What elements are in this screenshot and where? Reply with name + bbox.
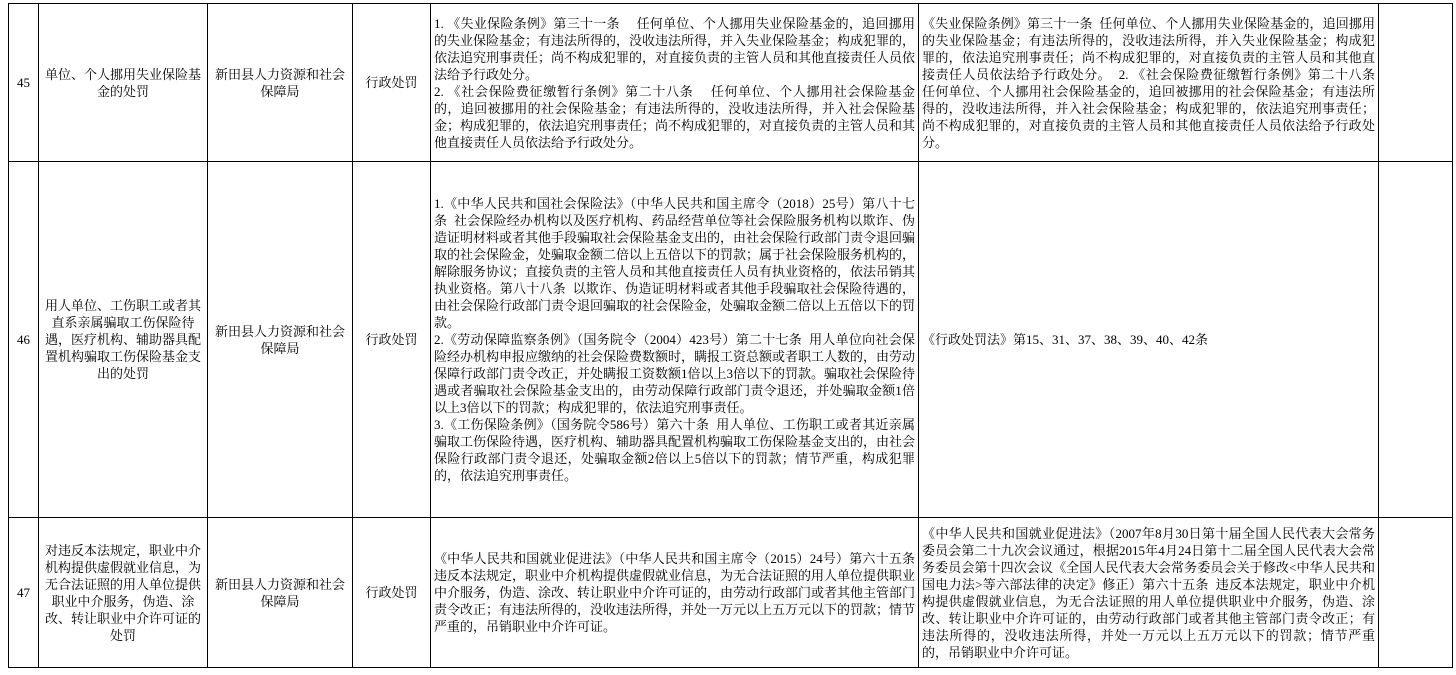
legal-basis-secondary-cell: 《中华人民共和国就业促进法》（2007年8月30日第十届全国人民代表大会常务委员…: [919, 518, 1379, 668]
agency-cell: 新田县人力资源和社会 保障局: [208, 518, 353, 668]
item-name-cell: 单位、个人挪用失业保险基金的处罚: [39, 4, 208, 162]
legal-basis-secondary-cell: 《失业保险条例》第三十一条 任何单位、个人挪用失业保险基金的，追回挪用的失业保险…: [919, 4, 1379, 162]
document-sheet: 45 单位、个人挪用失业保险基金的处罚 新田县人力资源和社会 保障局 行政处罚 …: [0, 0, 1456, 675]
item-name-cell: 对违反本法规定，职业中介机构提供虚假就业信息，为无合法证照的用人单位提供职业中介…: [39, 518, 208, 668]
legal-basis-secondary-cell: 《行政处罚法》第15、31、37、38、39、40、42条: [919, 162, 1379, 518]
penalty-items-table: 45 单位、个人挪用失业保险基金的处罚 新田县人力资源和社会 保障局 行政处罚 …: [8, 3, 1453, 668]
legal-basis-detail-cell: 1. 《失业保险条例》第三十一条 任何单位、个人挪用失业保险基金的，追回挪用的失…: [431, 4, 919, 162]
category-cell: 行政处罚: [353, 162, 431, 518]
table-row: 45 单位、个人挪用失业保险基金的处罚 新田县人力资源和社会 保障局 行政处罚 …: [9, 4, 1453, 162]
row-number-cell: 45: [9, 4, 39, 162]
empty-cell: [1379, 162, 1453, 518]
agency-cell: 新田县人力资源和社会 保障局: [208, 162, 353, 518]
empty-cell: [1379, 518, 1453, 668]
row-number-cell: 47: [9, 518, 39, 668]
legal-basis-detail-cell: 《中华人民共和国就业促进法》（中华人民共和国主席令（2015）24号）第六十五条…: [431, 518, 919, 668]
table-row: 47 对违反本法规定，职业中介机构提供虚假就业信息，为无合法证照的用人单位提供职…: [9, 518, 1453, 668]
legal-basis-detail-cell: 1.《中华人民共和国社会保险法》（中华人民共和国主席令（2018）25号）第八十…: [431, 162, 919, 518]
agency-cell: 新田县人力资源和社会 保障局: [208, 4, 353, 162]
row-number-cell: 46: [9, 162, 39, 518]
item-name-cell: 用人单位、工伤职工或者其直系亲属骗取工伤保险待遇，医疗机构、辅助器具配置机构骗取…: [39, 162, 208, 518]
category-cell: 行政处罚: [353, 4, 431, 162]
empty-cell: [1379, 4, 1453, 162]
category-cell: 行政处罚: [353, 518, 431, 668]
table-row: 46 用人单位、工伤职工或者其直系亲属骗取工伤保险待遇，医疗机构、辅助器具配置机…: [9, 162, 1453, 518]
